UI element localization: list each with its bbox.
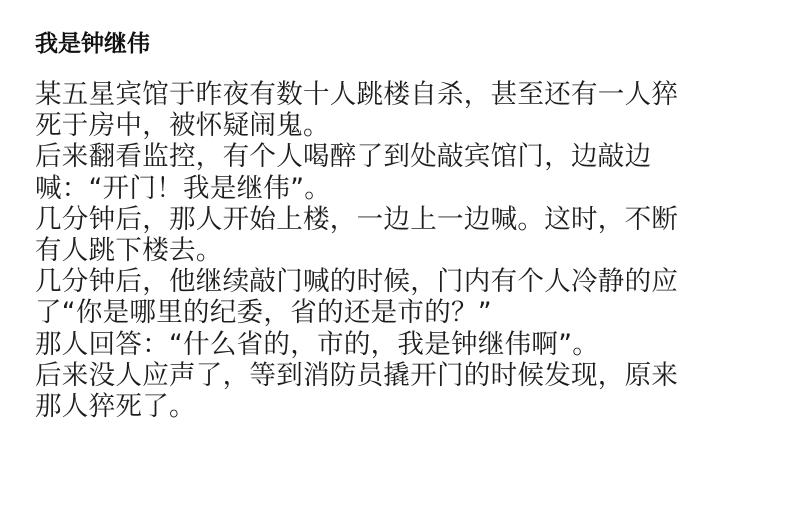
body-line: 某五星宾馆于昨夜有数十人跳楼自杀，甚至还有一人猝: [35, 79, 775, 110]
document-title: 我是钟继伟: [35, 26, 150, 62]
document-body: 某五星宾馆于昨夜有数十人跳楼自杀，甚至还有一人猝 死于房中，被怀疑闹鬼。 后来翻…: [35, 79, 775, 422]
body-line: 那人回答：“什么省的，市的，我是钟继伟啊”。: [35, 329, 775, 360]
body-line: 喊：“开门！我是继伟”。: [35, 173, 775, 204]
body-line: 死于房中，被怀疑闹鬼。: [35, 110, 775, 141]
body-line: 有人跳下楼去。: [35, 235, 775, 266]
body-line: 后来没人应声了，等到消防员撬开门的时候发现，原来: [35, 360, 775, 391]
body-line: 那人猝死了。: [35, 391, 775, 422]
body-line: 几分钟后，他继续敲门喊的时候，门内有个人冷静的应: [35, 266, 775, 297]
body-line: 几分钟后，那人开始上楼，一边上一边喊。这时，不断: [35, 204, 775, 235]
body-line: 后来翻看监控，有个人喝醉了到处敲宾馆门，边敲边: [35, 141, 775, 172]
body-line: 了“你是哪里的纪委，省的还是市的？”: [35, 297, 775, 328]
